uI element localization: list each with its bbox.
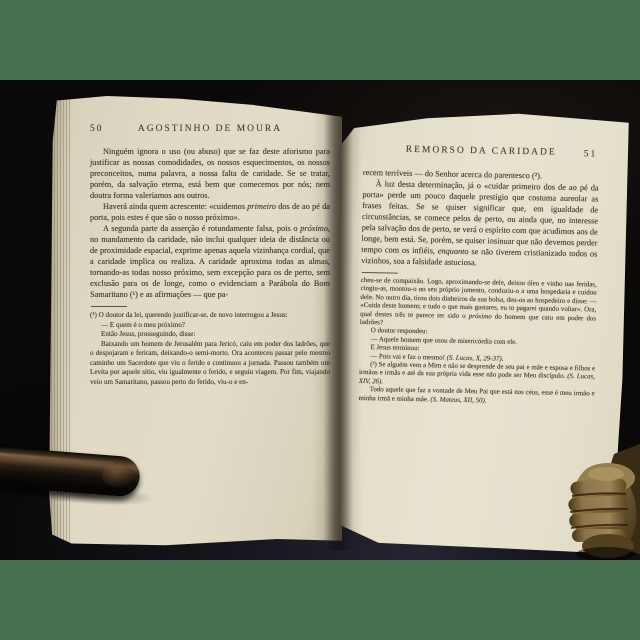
italic-word: enquanto bbox=[438, 246, 469, 256]
right-running-title: REMORSO DA CARIDADE bbox=[406, 145, 557, 158]
book-gutter bbox=[323, 108, 353, 550]
text-run: — Pois vai e faz o mesmo! bbox=[370, 353, 446, 361]
text-run: Haverá ainda quem acrescente: «cuidemos bbox=[103, 202, 247, 211]
text-run: , no mandamento da caridade, não inclui … bbox=[90, 224, 330, 299]
footnote-paragraph: (¹) O doutor da lei, querendo justificar… bbox=[90, 311, 330, 321]
citation: (S. Mateus, XII, 50). bbox=[430, 396, 486, 404]
paragraph: Ninguém ignora o uso (ou abuso) que se f… bbox=[90, 146, 330, 201]
citation: (S. Lucas, X, 29-37). bbox=[447, 354, 504, 362]
book-photograph: 50 AGOSTINHO DE MOURA Ninguém ignora o u… bbox=[0, 80, 640, 560]
footnote-paragraph: Baixando um homem de Jerusalém para Jeri… bbox=[90, 340, 330, 388]
right-page-content: REMORSO DA CARIDADE 51 recem terríveis —… bbox=[358, 112, 600, 408]
footnote-rule bbox=[362, 272, 398, 274]
italic-word: primeiro bbox=[247, 202, 276, 211]
footnote-paragraph: — E quem é o meu próximo? bbox=[90, 321, 330, 331]
left-page-header: 50 AGOSTINHO DE MOURA bbox=[90, 124, 330, 134]
footnote-paragraph: Então Jesus, prosseguindo, disse: bbox=[90, 330, 330, 340]
right-page-number: 51 bbox=[584, 149, 598, 159]
right-page-header: REMORSO DA CARIDADE 51 bbox=[363, 144, 599, 159]
paragraph: Haverá ainda quem acrescente: «cuidemos … bbox=[90, 201, 330, 223]
right-page-body: recem terríveis — do Senhor acerca do pa… bbox=[361, 167, 599, 271]
left-page-body: Ninguém ignora o uso (ou abuso) que se f… bbox=[90, 146, 330, 387]
left-page-number: 50 bbox=[90, 124, 104, 134]
paragraph: À luz desta determinação, já o «cuidar p… bbox=[361, 178, 599, 271]
text-run: A segunda parte da asserção é rotundamen… bbox=[103, 224, 300, 233]
text-run: À luz desta determinação, já o «cuidar p… bbox=[361, 179, 598, 255]
footnote-rule bbox=[91, 306, 127, 307]
footnote-paragraph: cheu-se de compaixão. Logo, aproximando-… bbox=[360, 277, 597, 332]
bronze-hand-sculpture bbox=[556, 436, 640, 560]
text-run: (²) Se alguém vem a Mim e não se despren… bbox=[359, 361, 595, 380]
left-running-title: AGOSTINHO DE MOURA bbox=[90, 124, 330, 134]
green-photo-frame: 50 AGOSTINHO DE MOURA Ninguém ignora o u… bbox=[0, 0, 640, 640]
paragraph: A segunda parte da asserção é rotundamen… bbox=[90, 223, 330, 300]
footnote-paragraph: Todo aquele que faz a vontade de Meu Pai… bbox=[358, 386, 594, 407]
italic-word: próximo bbox=[469, 313, 492, 320]
